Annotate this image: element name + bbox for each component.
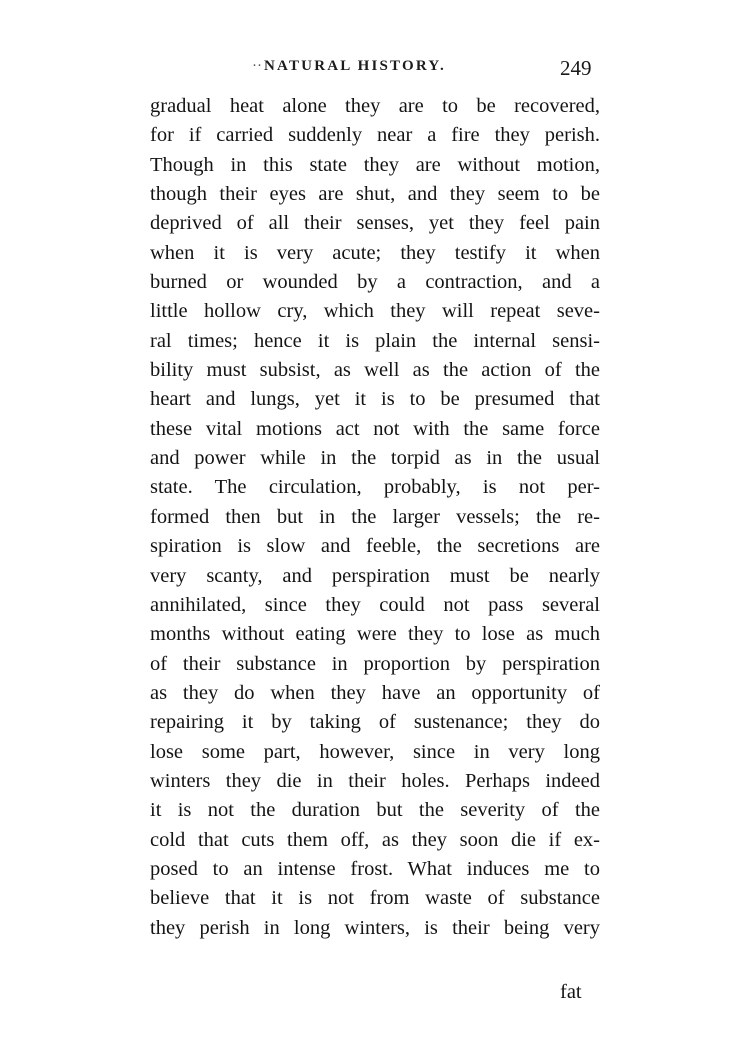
page-number: 249 <box>560 56 592 81</box>
text-line: for if carried suddenly near a fire they… <box>150 121 600 150</box>
text-line: believe that it is not from waste of sub… <box>150 884 600 913</box>
text-line: months without eating were they to lose … <box>150 620 600 649</box>
text-line: posed to an intense frost. What induces … <box>150 855 600 884</box>
running-head: ··NATURAL HISTORY. <box>252 58 446 75</box>
body-text: gradual heat alone they are to be recove… <box>150 92 600 943</box>
text-line: formed then but in the larger vessels; t… <box>150 503 600 532</box>
text-line: state. The circulation, probably, is not… <box>150 473 600 502</box>
text-line: repairing it by taking of sustenance; th… <box>150 708 600 737</box>
text-line: it is not the duration but the severity … <box>150 796 600 825</box>
text-line: spiration is slow and feeble, the secret… <box>150 532 600 561</box>
running-title: NATURAL HISTORY. <box>264 58 446 74</box>
text-line: very scanty, and perspiration must be ne… <box>150 562 600 591</box>
text-line: annihilated, since they could not pass s… <box>150 591 600 620</box>
text-line: ral times; hence it is plain the interna… <box>150 327 600 356</box>
text-line: as they do when they have an opportunity… <box>150 679 600 708</box>
text-line: heart and lungs, yet it is to be presume… <box>150 385 600 414</box>
text-line: lose some part, however, since in very l… <box>150 738 600 767</box>
text-line: though their eyes are shut, and they see… <box>150 180 600 209</box>
text-line: when it is very acute; they testify it w… <box>150 239 600 268</box>
text-line: winters they die in their holes. Perhaps… <box>150 767 600 796</box>
text-line: these vital motions act not with the sam… <box>150 415 600 444</box>
text-line: little hollow cry, which they will repea… <box>150 297 600 326</box>
text-line: cold that cuts them off, as they soon di… <box>150 826 600 855</box>
text-line: of their substance in proportion by pers… <box>150 650 600 679</box>
text-line: bility must subsist, as well as the acti… <box>150 356 600 385</box>
text-line: Though in this state they are without mo… <box>150 151 600 180</box>
catchword: fat <box>560 981 582 1004</box>
header-ornament: ·· <box>252 58 262 74</box>
text-line: burned or wounded by a contraction, and … <box>150 268 600 297</box>
text-line: and power while in the torpid as in the … <box>150 444 600 473</box>
text-line: deprived of all their senses, yet they f… <box>150 209 600 238</box>
text-line: gradual heat alone they are to be recove… <box>150 92 600 121</box>
text-line: they perish in long winters, is their be… <box>150 914 600 943</box>
book-page: ··NATURAL HISTORY. 249 gradual heat alon… <box>0 0 750 1050</box>
